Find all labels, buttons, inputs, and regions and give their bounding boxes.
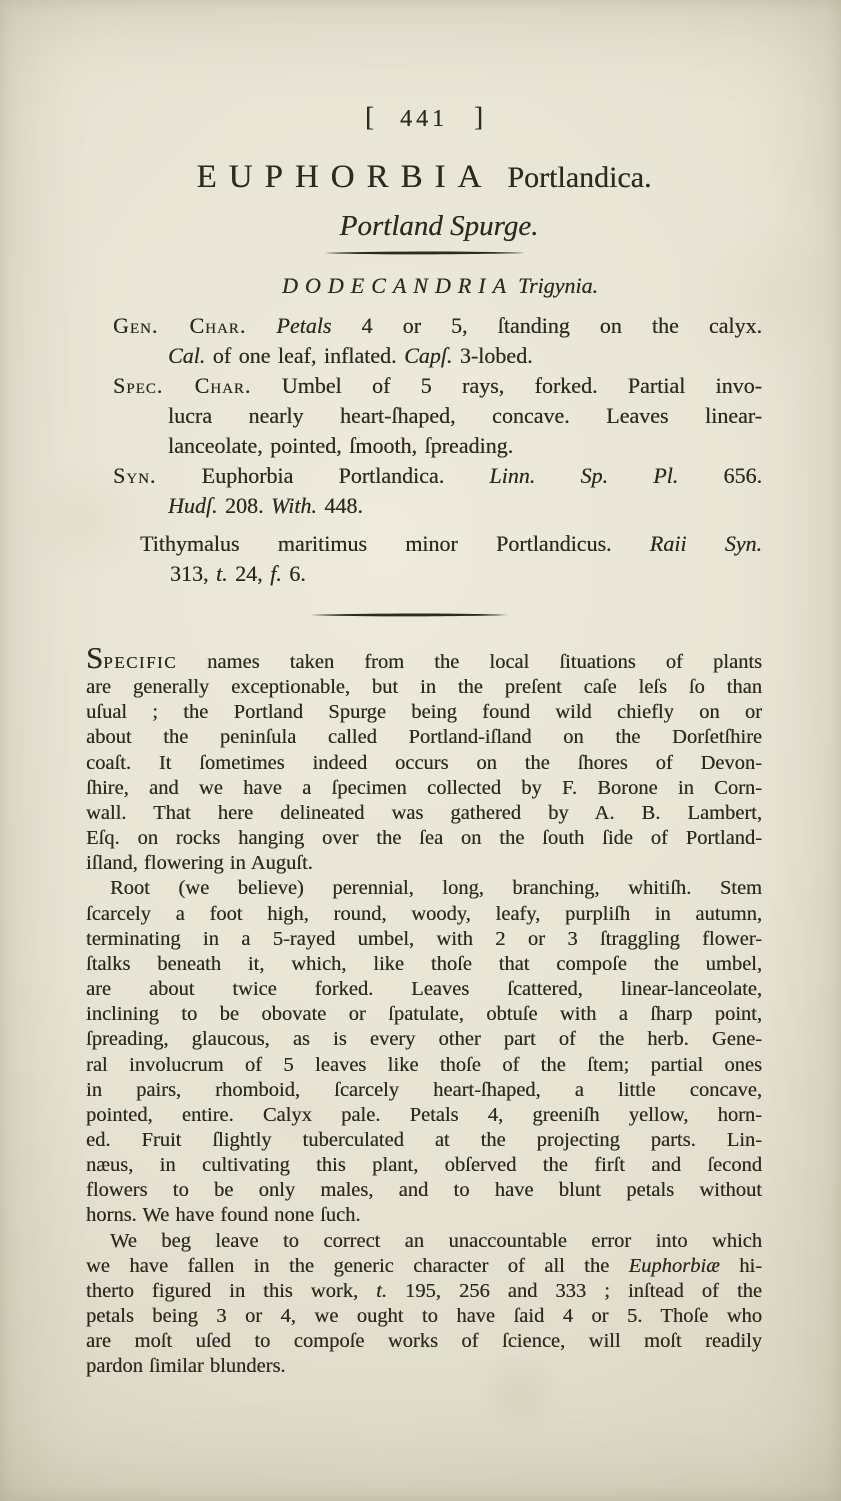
italic-text-run: t. [376,1280,387,1302]
text-line: Syn. Euphorbia Portlandica. Linn. Sp. Pl… [113,461,762,491]
text-run: wall. That here delineated was gathered … [86,802,762,824]
text-line: Hudſ. 208. With. 448. [168,491,762,521]
text-line: are about twice forked. Leaves ſcattered… [86,977,762,1002]
text-line: therto figured in this work, t. 195, 256… [86,1279,762,1304]
text-run: uſual ; the Portland Spurge being found … [86,701,762,723]
text-line: næus, in cultivating this plant, obſerve… [86,1153,762,1178]
text-run: are generally exceptionable, but in the … [86,676,762,698]
text-line: in pairs, rhomboid, ſcarcely heart-ſhape… [86,1078,762,1103]
paragraph: Root (we believe) perennial, long, branc… [86,876,762,1228]
text-run: we have fallen in the generic character … [86,1255,629,1277]
right-bracket: ] [474,102,483,132]
text-run: 195, 256 and 333 ; inſtead of the [387,1280,762,1302]
italic-text-run: Petals [276,313,331,338]
text-line: lanceolate, pointed, ſmooth, ſpreading. [168,431,762,461]
left-bracket: [ [365,102,374,132]
text-run: Eſq. on rocks hanging over the ſea on th… [86,827,762,849]
text-line: about the peninſula called Portland-iſla… [86,725,762,750]
italic-text-run: Linn. Sp. Pl. [489,463,678,488]
italic-text-run: Raii Syn. [650,531,762,556]
page-number-digits: 441 [400,106,448,132]
text-run: coaſt. It ſometimes indeed occurs on the… [86,752,762,774]
small-caps-label: Gen. Char. [113,313,246,338]
italic-text-run: With. [271,493,317,518]
text-run: flowers to be only males, and to have bl… [86,1179,762,1201]
text-line: horns. We have found none ſuch. [86,1203,762,1228]
text-run: horns. We have found none ſuch. [86,1204,361,1226]
text-line: coaſt. It ſometimes indeed occurs on the… [86,751,762,776]
italic-text-run: f. [270,561,282,586]
text-run: ſtalks beneath it, which, like thoſe tha… [86,953,762,975]
text-run: are moſt uſed to compoſe works of ſcienc… [86,1330,762,1352]
text-line: are moſt uſed to compoſe works of ſcienc… [86,1329,762,1354]
text-line: Eſq. on rocks hanging over the ſea on th… [86,826,762,851]
page-number: [441] [86,0,762,135]
italic-text-run: t. [216,561,228,586]
swelled-rule-icon [309,612,510,618]
text-run: hi- [720,1255,762,1277]
text-run: 313, [170,561,216,586]
italic-text-run: Euphorbiæ [629,1255,720,1277]
text-line: we have fallen in the generic character … [86,1254,762,1279]
text-run: ſhire, and we have a ſpecimen collected … [86,777,762,799]
italic-text-run: Capſ. [404,343,452,368]
text-run: 3-lobed. [452,343,532,368]
text-run: Umbel of 5 rays, forked. Partial invo- [251,373,762,398]
text-line: pardon ſimilar blunders. [86,1354,762,1379]
text-run [246,313,276,338]
text-run: inclining to be obovate or ſpatulate, ob… [86,1003,762,1025]
text-run: ſpreading, glaucous, as is every other p… [86,1028,762,1050]
text-line: SPECIFIC names taken from the local ſitu… [86,650,762,675]
text-run: pardon ſimilar blunders. [86,1355,286,1377]
text-line: are generally exceptionable, but in the … [86,675,762,700]
text-run: about the peninſula called Portland-iſla… [86,726,762,748]
text-line: ſpreading, glaucous, as is every other p… [86,1027,762,1052]
text-column: [441] EUPHORBIAPortlandica. Portland Spu… [86,0,762,1380]
text-run: iſland, flowering in Auguſt. [86,852,313,874]
text-run: S [86,640,103,675]
text-line: We beg leave to correct an unaccountable… [86,1229,762,1254]
text-line: petals being 3 or 4, we ought to have ſa… [86,1304,762,1329]
classification-line: DODECANDRIATrigynia. [86,271,762,301]
text-run: 208. [218,493,272,518]
text-run: Tithymalus maritimus minor Portlandicus. [140,531,650,556]
swelled-rule-divider [86,612,762,618]
text-run: We beg leave to correct an unaccountable… [110,1230,762,1252]
text-run: of one leaf, inflated. [205,343,404,368]
text-run: ſcarcely a foot high, round, woody, leaf… [86,903,762,925]
text-run: petals being 3 or 4, we ought to have ſa… [86,1305,762,1327]
text-run: næus, in cultivating this plant, obſerve… [86,1154,762,1176]
text-run: Euphorbia Portlandica. [156,463,489,488]
small-caps-label: Syn. [113,463,156,488]
italic-text-run: Hudſ. [168,493,218,518]
text-line: ſhire, and we have a ſpecimen collected … [86,776,762,801]
taxonomic-characters: Gen. Char. Petals 4 or 5, ſtanding on th… [86,311,762,589]
species-title: EUPHORBIAPortlandica. [86,156,762,204]
text-line: ſtalks beneath it, which, like thoſe tha… [86,952,762,977]
text-run: therto figured in this work, [86,1280,376,1302]
small-caps-label: Spec. Char. [113,373,251,398]
text-line: flowers to be only males, and to have bl… [86,1178,762,1203]
text-line: iſland, flowering in Auguſt. [86,851,762,876]
text-line: Tithymalus maritimus minor Portlandicus.… [140,529,762,559]
text-run: 24, [228,561,271,586]
text-line: inclining to be obovate or ſpatulate, ob… [86,1002,762,1027]
text-run: 4 or 5, ſtanding on the calyx. [331,313,762,338]
text-line: Spec. Char. Umbel of 5 rays, forked. Par… [113,371,762,401]
text-line: pointed, entire. Calyx pale. Petals 4, g… [86,1103,762,1128]
text-run: pointed, entire. Calyx pale. Petals 4, g… [86,1104,762,1126]
text-run: 656. [678,463,762,488]
italic-text-run: Cal. [168,343,205,368]
text-run: terminating in a 5-rayed umbel, with 2 o… [86,928,762,950]
text-line: 313, t. 24, f. 6. [170,559,762,589]
text-line: ed. Fruit ſlightly tuberculated at the p… [86,1128,762,1153]
text-run: ral involucrum of 5 leaves like thoſe of… [86,1054,762,1076]
text-line: ral involucrum of 5 leaves like thoſe of… [86,1053,762,1078]
swelled-rule-divider [86,250,762,256]
text-run: 6. [282,561,306,586]
paragraph: SPECIFIC names taken from the local ſitu… [86,650,762,876]
common-name: Portland Spurge. [86,208,762,244]
description-text: SPECIFIC names taken from the local ſitu… [86,650,762,1380]
text-line: lucra nearly heart-ſhaped, concave. Leav… [168,401,762,431]
genus-name: EUPHORBIA [197,159,494,195]
text-run: Root (we believe) perennial, long, branc… [110,877,762,899]
book-page: [441] EUPHORBIAPortlandica. Portland Spu… [0,0,841,1501]
text-line: uſual ; the Portland Spurge being found … [86,700,762,725]
swelled-rule-icon [323,250,526,256]
text-run: lucra nearly heart-ſhaped, concave. Leav… [168,403,762,428]
species-epithet: Portlandica. [507,161,651,194]
text-line: Root (we believe) perennial, long, branc… [86,876,762,901]
text-run: lanceolate, pointed, ſmooth, ſpreading. [168,433,513,458]
text-run: are about twice forked. Leaves ſcattered… [86,978,762,1000]
text-line: Cal. of one leaf, inflated. Capſ. 3-lobe… [168,341,762,371]
paragraph: We beg leave to correct an unaccountable… [86,1229,762,1380]
text-line: terminating in a 5-rayed umbel, with 2 o… [86,927,762,952]
class-name: DODECANDRIA [282,273,513,298]
text-run: ed. Fruit ſlightly tuberculated at the p… [86,1129,762,1151]
order-name: Trigynia. [518,273,598,298]
text-line: ſcarcely a foot high, round, woody, leaf… [86,902,762,927]
text-line: Gen. Char. Petals 4 or 5, ſtanding on th… [113,311,762,341]
text-run: names taken from the local ſituations of… [177,651,762,673]
text-run: 448. [317,493,363,518]
text-line: wall. That here delineated was gathered … [86,801,762,826]
text-run: PECIFIC [103,653,177,672]
text-run: in pairs, rhomboid, ſcarcely heart-ſhape… [86,1079,762,1101]
